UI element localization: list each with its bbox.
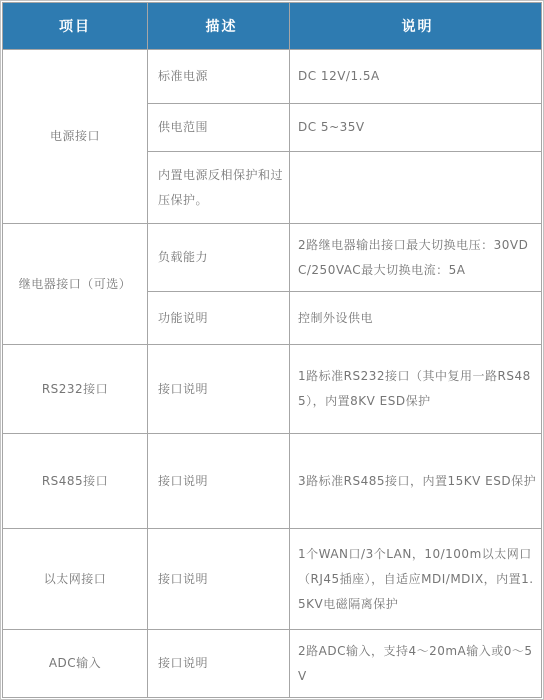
desc-cell: 供电范围 — [148, 104, 290, 152]
header-cell-description: 描述 — [148, 3, 290, 50]
spec-table: 项目 描述 说明 电源接口 标准电源 DC 12V/1.5A 供电范围 DC 5… — [2, 2, 542, 698]
item-cell-ethernet-interface: 以太网接口 — [3, 529, 148, 630]
desc-cell: 接口说明 — [148, 630, 290, 698]
note-cell: 控制外设供电 — [290, 292, 542, 345]
note-cell: DC 12V/1.5A — [290, 50, 542, 104]
desc-cell: 接口说明 — [148, 529, 290, 630]
item-cell-rs232-interface: RS232接口 — [3, 345, 148, 434]
item-cell-power-interface: 电源接口 — [3, 50, 148, 224]
table-row: RS485接口 接口说明 3路标准RS485接口，内置15KV ESD保护 — [3, 434, 542, 529]
note-cell: 3路标准RS485接口，内置15KV ESD保护 — [290, 434, 542, 529]
desc-cell: 接口说明 — [148, 434, 290, 529]
table-row: 电源接口 标准电源 DC 12V/1.5A — [3, 50, 542, 104]
table-container: 项目 描述 说明 电源接口 标准电源 DC 12V/1.5A 供电范围 DC 5… — [0, 0, 544, 700]
note-cell: DC 5~35V — [290, 104, 542, 152]
note-cell: 2路ADC输入，支持4～20mA输入或0～5V — [290, 630, 542, 698]
desc-cell: 接口说明 — [148, 345, 290, 434]
table-row: 以太网接口 接口说明 1个WAN口/3个LAN，10/100m以太网口（RJ45… — [3, 529, 542, 630]
note-cell: 1路标准RS232接口（其中复用一路RS485），内置8KV ESD保护 — [290, 345, 542, 434]
header-row: 项目 描述 说明 — [3, 3, 542, 50]
note-cell: 2路继电器输出接口最大切换电压：30VDC/250VAC最大切换电流：5A — [290, 224, 542, 292]
note-cell — [290, 152, 542, 224]
table-row: RS232接口 接口说明 1路标准RS232接口（其中复用一路RS485），内置… — [3, 345, 542, 434]
desc-cell: 内置电源反相保护和过压保护。 — [148, 152, 290, 224]
item-cell-relay-interface: 继电器接口（可选） — [3, 224, 148, 345]
desc-cell: 负载能力 — [148, 224, 290, 292]
item-cell-rs485-interface: RS485接口 — [3, 434, 148, 529]
note-cell: 1个WAN口/3个LAN，10/100m以太网口（RJ45插座），自适应MDI/… — [290, 529, 542, 630]
header-cell-note: 说明 — [290, 3, 542, 50]
item-cell-adc-input: ADC输入 — [3, 630, 148, 698]
table-row: ADC输入 接口说明 2路ADC输入，支持4～20mA输入或0～5V — [3, 630, 542, 698]
header-cell-item: 项目 — [3, 3, 148, 50]
desc-cell: 标准电源 — [148, 50, 290, 104]
table-row: 继电器接口（可选） 负载能力 2路继电器输出接口最大切换电压：30VDC/250… — [3, 224, 542, 292]
desc-cell: 功能说明 — [148, 292, 290, 345]
